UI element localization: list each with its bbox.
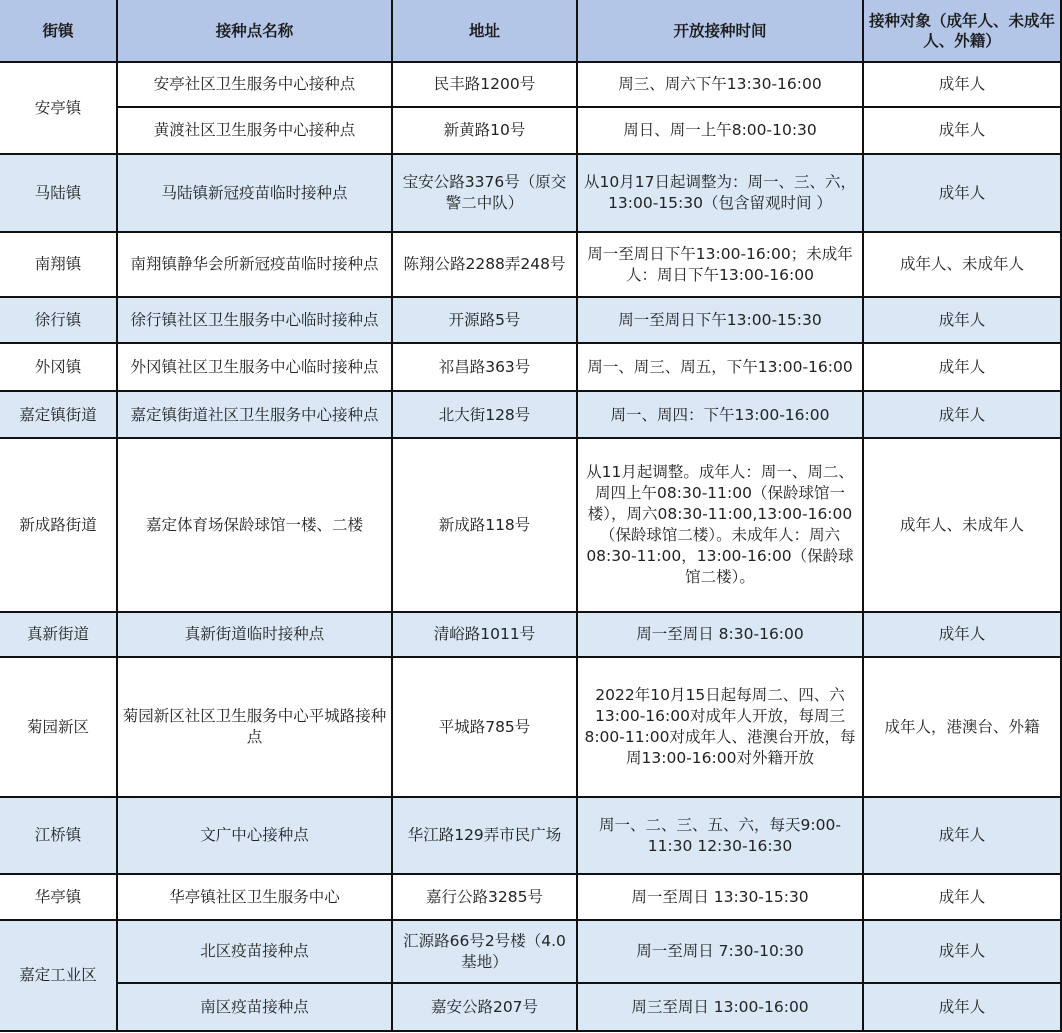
address-cell: 新黄路10号	[392, 107, 577, 154]
table-row: 南区疫苗接种点 嘉安公路207号 周三至周日 13:00-16:00 成年人	[0, 983, 1061, 1031]
table-row: 华亭镇 华亭镇社区卫生服务中心 嘉行公路3285号 周一至周日 13:30-15…	[0, 874, 1061, 920]
table-row: 新成路街道 嘉定体育场保龄球馆一楼、二楼 新成路118号 从11月起调整。成年人…	[0, 438, 1061, 612]
target-cell: 成年人、未成年人	[863, 232, 1061, 297]
target-cell: 成年人	[863, 62, 1061, 107]
table-row: 徐行镇 徐行镇社区卫生服务中心临时接种点 开源路5号 周一至周日下午13:00-…	[0, 297, 1061, 343]
town-cell: 新成路街道	[0, 438, 117, 612]
hours-cell: 2022年10月15日起每周二、四、六13:00-16:00对成年人开放，每周三…	[577, 657, 863, 797]
target-cell: 成年人	[863, 612, 1061, 657]
target-cell: 成年人	[863, 391, 1061, 438]
hours-cell: 从11月起调整。成年人：周一、周二、周四上午08:30-11:00（保龄球馆一楼…	[577, 438, 863, 612]
address-cell: 华江路129弄市民广场	[392, 797, 577, 874]
town-cell: 菊园新区	[0, 657, 117, 797]
table-row: 马陆镇 马陆镇新冠疫苗临时接种点 宝安公路3376号（原交警二中队） 从10月1…	[0, 154, 1061, 232]
header-target-group: 接种对象（成年人、未成年人、外籍）	[863, 0, 1061, 62]
address-cell: 新成路118号	[392, 438, 577, 612]
town-cell: 南翔镇	[0, 232, 117, 297]
address-cell: 北大街128号	[392, 391, 577, 438]
site-name-cell: 安亭社区卫生服务中心接种点	[117, 62, 392, 107]
address-cell: 嘉安公路207号	[392, 983, 577, 1031]
header-site-name: 接种点名称	[117, 0, 392, 62]
site-name-cell: 真新街道临时接种点	[117, 612, 392, 657]
site-name-cell: 北区疫苗接种点	[117, 920, 392, 983]
town-cell: 嘉定镇街道	[0, 391, 117, 438]
address-cell: 民丰路1200号	[392, 62, 577, 107]
site-name-cell: 南区疫苗接种点	[117, 983, 392, 1031]
address-cell: 宝安公路3376号（原交警二中队）	[392, 154, 577, 232]
hours-cell: 周一、周四：下午13:00-16:00	[577, 391, 863, 438]
vaccination-sites-table: 街镇 接种点名称 地址 开放接种时间 接种对象（成年人、未成年人、外籍） 安亭镇…	[0, 0, 1062, 1032]
hours-cell: 周一至周日 13:30-15:30	[577, 874, 863, 920]
hours-cell: 周一至周日 7:30-10:30	[577, 920, 863, 983]
hours-cell: 周三至周日 13:00-16:00	[577, 983, 863, 1031]
target-cell: 成年人	[863, 107, 1061, 154]
table-row: 安亭镇 安亭社区卫生服务中心接种点 民丰路1200号 周三、周六下午13:30-…	[0, 62, 1061, 107]
target-cell: 成年人	[863, 874, 1061, 920]
target-cell: 成年人	[863, 983, 1061, 1031]
table-row: 黄渡社区卫生服务中心接种点 新黄路10号 周日、周一上午8:00-10:30 成…	[0, 107, 1061, 154]
town-cell: 外冈镇	[0, 343, 117, 391]
target-cell: 成年人	[863, 343, 1061, 391]
address-cell: 开源路5号	[392, 297, 577, 343]
site-name-cell: 嘉定体育场保龄球馆一楼、二楼	[117, 438, 392, 612]
table-row: 外冈镇 外冈镇社区卫生服务中心临时接种点 祁昌路363号 周一、周三、周五，下午…	[0, 343, 1061, 391]
target-cell: 成年人	[863, 797, 1061, 874]
site-name-cell: 华亭镇社区卫生服务中心	[117, 874, 392, 920]
hours-cell: 从10月17日起调整为：周一、三、六，13:00-15:30（包含留观时间 ）	[577, 154, 863, 232]
town-cell: 华亭镇	[0, 874, 117, 920]
table-row: 南翔镇 南翔镇静华会所新冠疫苗临时接种点 陈翔公路2288弄248号 周一至周日…	[0, 232, 1061, 297]
address-cell: 祁昌路363号	[392, 343, 577, 391]
hours-cell: 周日、周一上午8:00-10:30	[577, 107, 863, 154]
site-name-cell: 黄渡社区卫生服务中心接种点	[117, 107, 392, 154]
town-cell: 嘉定工业区	[0, 920, 117, 1031]
header-town: 街镇	[0, 0, 117, 62]
target-cell: 成年人	[863, 297, 1061, 343]
address-cell: 嘉行公路3285号	[392, 874, 577, 920]
header-hours: 开放接种时间	[577, 0, 863, 62]
address-cell: 汇源路66号2号楼（4.0基地）	[392, 920, 577, 983]
town-cell: 马陆镇	[0, 154, 117, 232]
header-address: 地址	[392, 0, 577, 62]
hours-cell: 周一、周三、周五，下午13:00-16:00	[577, 343, 863, 391]
site-name-cell: 文广中心接种点	[117, 797, 392, 874]
table-row: 菊园新区 菊园新区社区卫生服务中心平城路接种点 平城路785号 2022年10月…	[0, 657, 1061, 797]
site-name-cell: 嘉定镇街道社区卫生服务中心接种点	[117, 391, 392, 438]
address-cell: 陈翔公路2288弄248号	[392, 232, 577, 297]
site-name-cell: 外冈镇社区卫生服务中心临时接种点	[117, 343, 392, 391]
address-cell: 清峪路1011号	[392, 612, 577, 657]
town-cell: 安亭镇	[0, 62, 117, 154]
site-name-cell: 菊园新区社区卫生服务中心平城路接种点	[117, 657, 392, 797]
target-cell: 成年人，港澳台、外籍	[863, 657, 1061, 797]
hours-cell: 周一至周日下午13:00-16:00；未成年人：周日下午13:00-16:00	[577, 232, 863, 297]
town-cell: 徐行镇	[0, 297, 117, 343]
hours-cell: 周一至周日 8:30-16:00	[577, 612, 863, 657]
hours-cell: 周三、周六下午13:30-16:00	[577, 62, 863, 107]
site-name-cell: 徐行镇社区卫生服务中心临时接种点	[117, 297, 392, 343]
target-cell: 成年人	[863, 920, 1061, 983]
table-row: 嘉定镇街道 嘉定镇街道社区卫生服务中心接种点 北大街128号 周一、周四：下午1…	[0, 391, 1061, 438]
address-cell: 平城路785号	[392, 657, 577, 797]
table-row: 江桥镇 文广中心接种点 华江路129弄市民广场 周一、二、三、五、六，每天9:0…	[0, 797, 1061, 874]
site-name-cell: 马陆镇新冠疫苗临时接种点	[117, 154, 392, 232]
hours-cell: 周一至周日下午13:00-15:30	[577, 297, 863, 343]
header-row: 街镇 接种点名称 地址 开放接种时间 接种对象（成年人、未成年人、外籍）	[0, 0, 1061, 62]
site-name-cell: 南翔镇静华会所新冠疫苗临时接种点	[117, 232, 392, 297]
target-cell: 成年人	[863, 154, 1061, 232]
town-cell: 江桥镇	[0, 797, 117, 874]
table-row: 嘉定工业区 北区疫苗接种点 汇源路66号2号楼（4.0基地） 周一至周日 7:3…	[0, 920, 1061, 983]
town-cell: 真新街道	[0, 612, 117, 657]
table-row: 真新街道 真新街道临时接种点 清峪路1011号 周一至周日 8:30-16:00…	[0, 612, 1061, 657]
target-cell: 成年人、未成年人	[863, 438, 1061, 612]
hours-cell: 周一、二、三、五、六，每天9:00-11:30 12:30-16:30	[577, 797, 863, 874]
